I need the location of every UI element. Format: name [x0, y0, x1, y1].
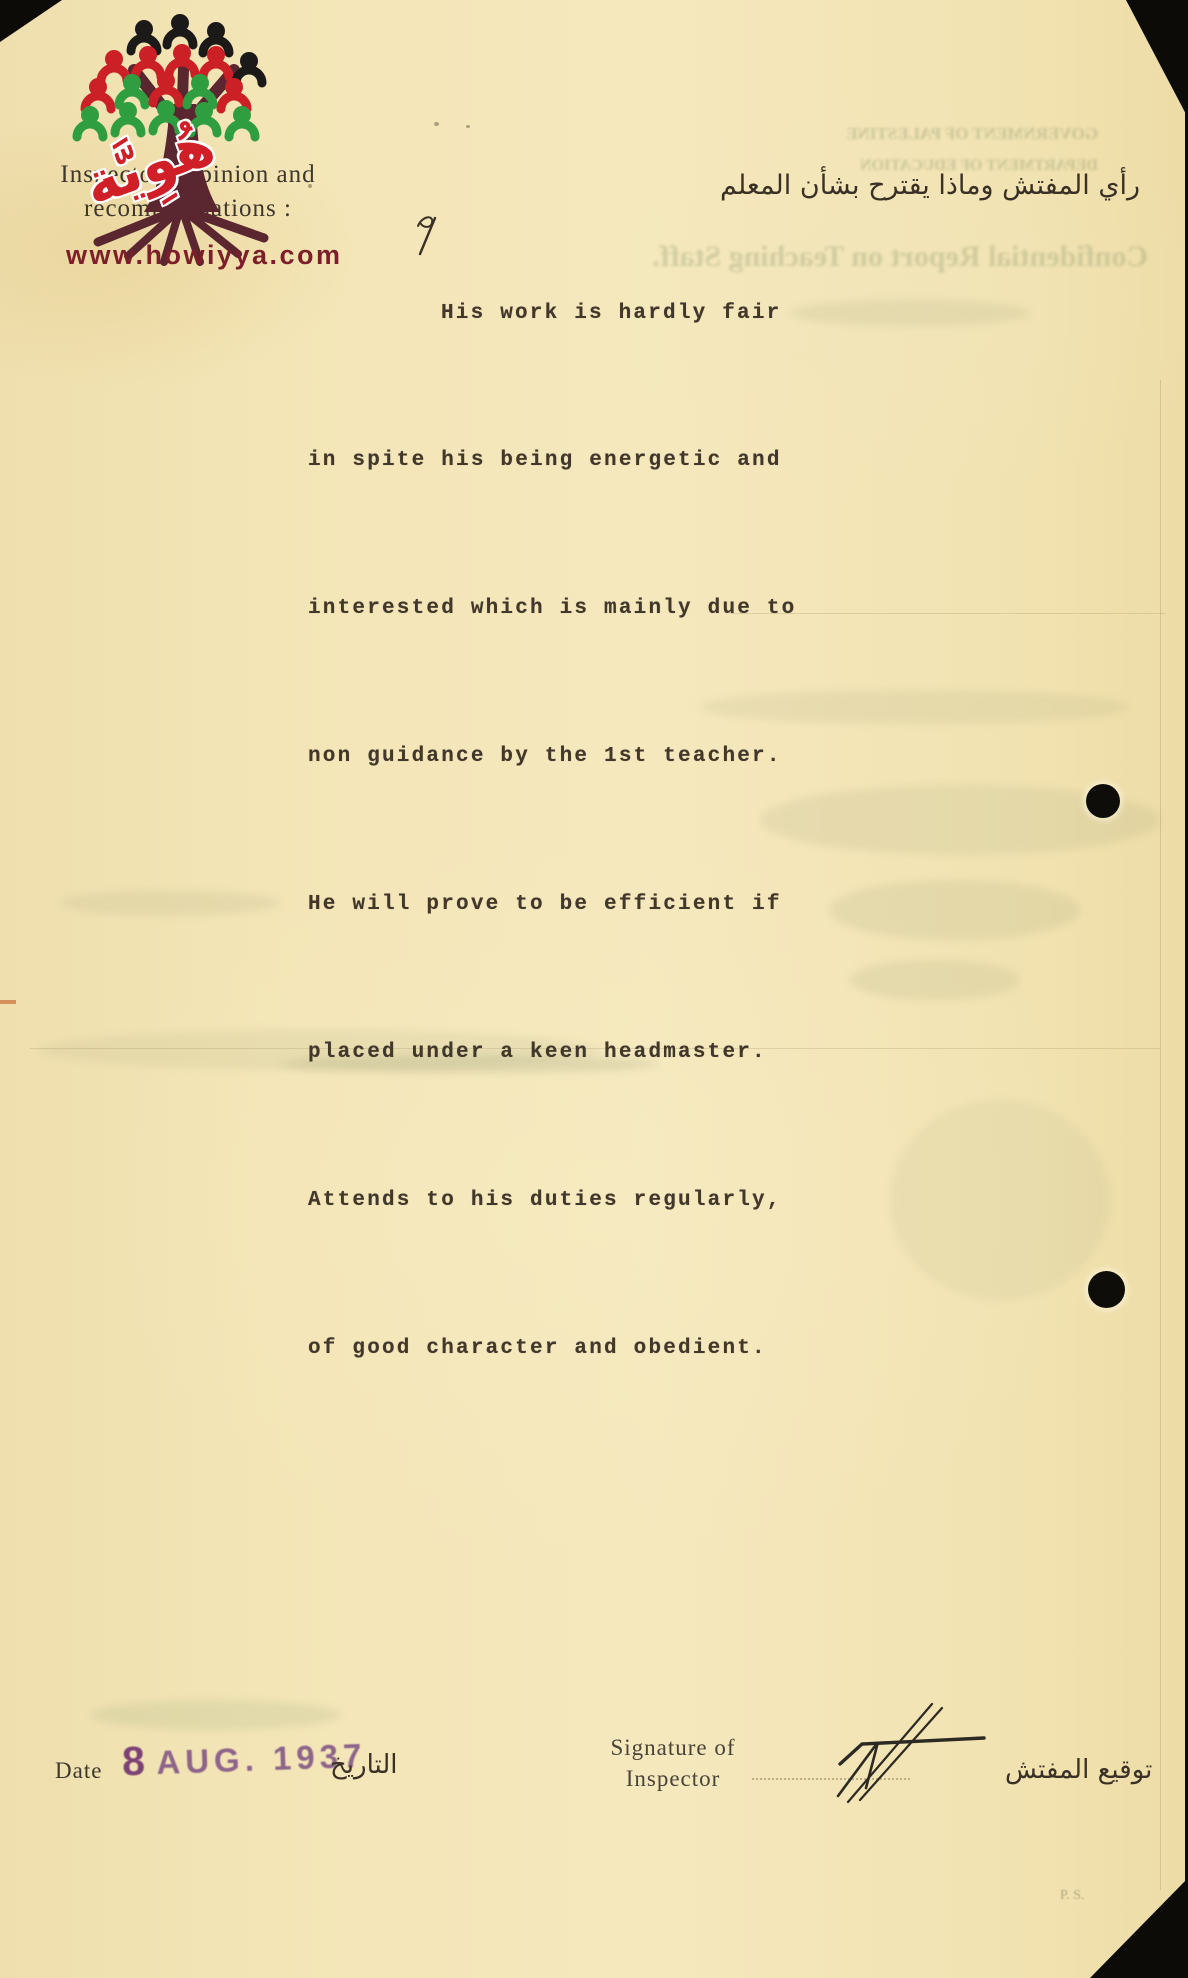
paper-speck: [434, 122, 439, 126]
date-stamp-day: 8: [121, 1737, 147, 1784]
signature-label-arabic: توقيع المفتش: [1005, 1755, 1152, 1785]
date-label-arabic: التاريخ: [330, 1750, 398, 1780]
handwritten-insertion-mark: [408, 212, 444, 256]
edge-mark: [0, 1000, 16, 1004]
bleedthrough-smudge: [890, 1100, 1110, 1300]
bleedthrough-header-line1: GOVERNMENT OF PALESTINE: [838, 124, 1098, 144]
report-line: non guidance by the 1st teacher.: [308, 732, 796, 781]
report-line: in spite his being energetic and: [308, 436, 796, 485]
signature-label-line2: Inspector: [588, 1763, 758, 1794]
page-crease: [1160, 380, 1161, 1890]
bleedthrough-smudge: [90, 1700, 340, 1730]
inspector-signature: [822, 1692, 992, 1812]
signature-label: Signature of Inspector: [588, 1732, 758, 1794]
howiyya-url: www.howiyya.com: [66, 240, 343, 271]
bleedthrough-smudge: [60, 890, 280, 916]
typewritten-report: His work is hardly fair in spite his bei…: [308, 190, 796, 1472]
bleedthrough-smudge: [790, 300, 1030, 326]
hole-punch: [1086, 784, 1120, 818]
report-line: placed under a keen headmaster.: [308, 1028, 796, 1077]
howiyya-logo: هُوِيَّة www.howiyya.com: [52, 4, 308, 280]
signature-label-line1: Signature of: [588, 1732, 758, 1763]
report-line: His work is hardly fair: [308, 289, 796, 338]
bleedthrough-smudge: [830, 880, 1080, 940]
report-line: interested which is mainly due to: [308, 584, 796, 633]
paper-speck: [466, 125, 470, 128]
hole-punch: [1088, 1271, 1125, 1308]
report-line: of good character and obedient.: [308, 1324, 796, 1373]
report-line: He will prove to be efficient if: [308, 880, 796, 929]
bleedthrough-smudge: [850, 960, 1020, 1000]
report-line: Attends to his duties regularly,: [308, 1176, 796, 1225]
footer-form-fragment: P. S.: [1060, 1888, 1085, 1904]
scanned-document-page: GOVERNMENT OF PALESTINE DEPARTMENT OF ED…: [0, 0, 1188, 1978]
date-label: Date: [55, 1758, 102, 1784]
